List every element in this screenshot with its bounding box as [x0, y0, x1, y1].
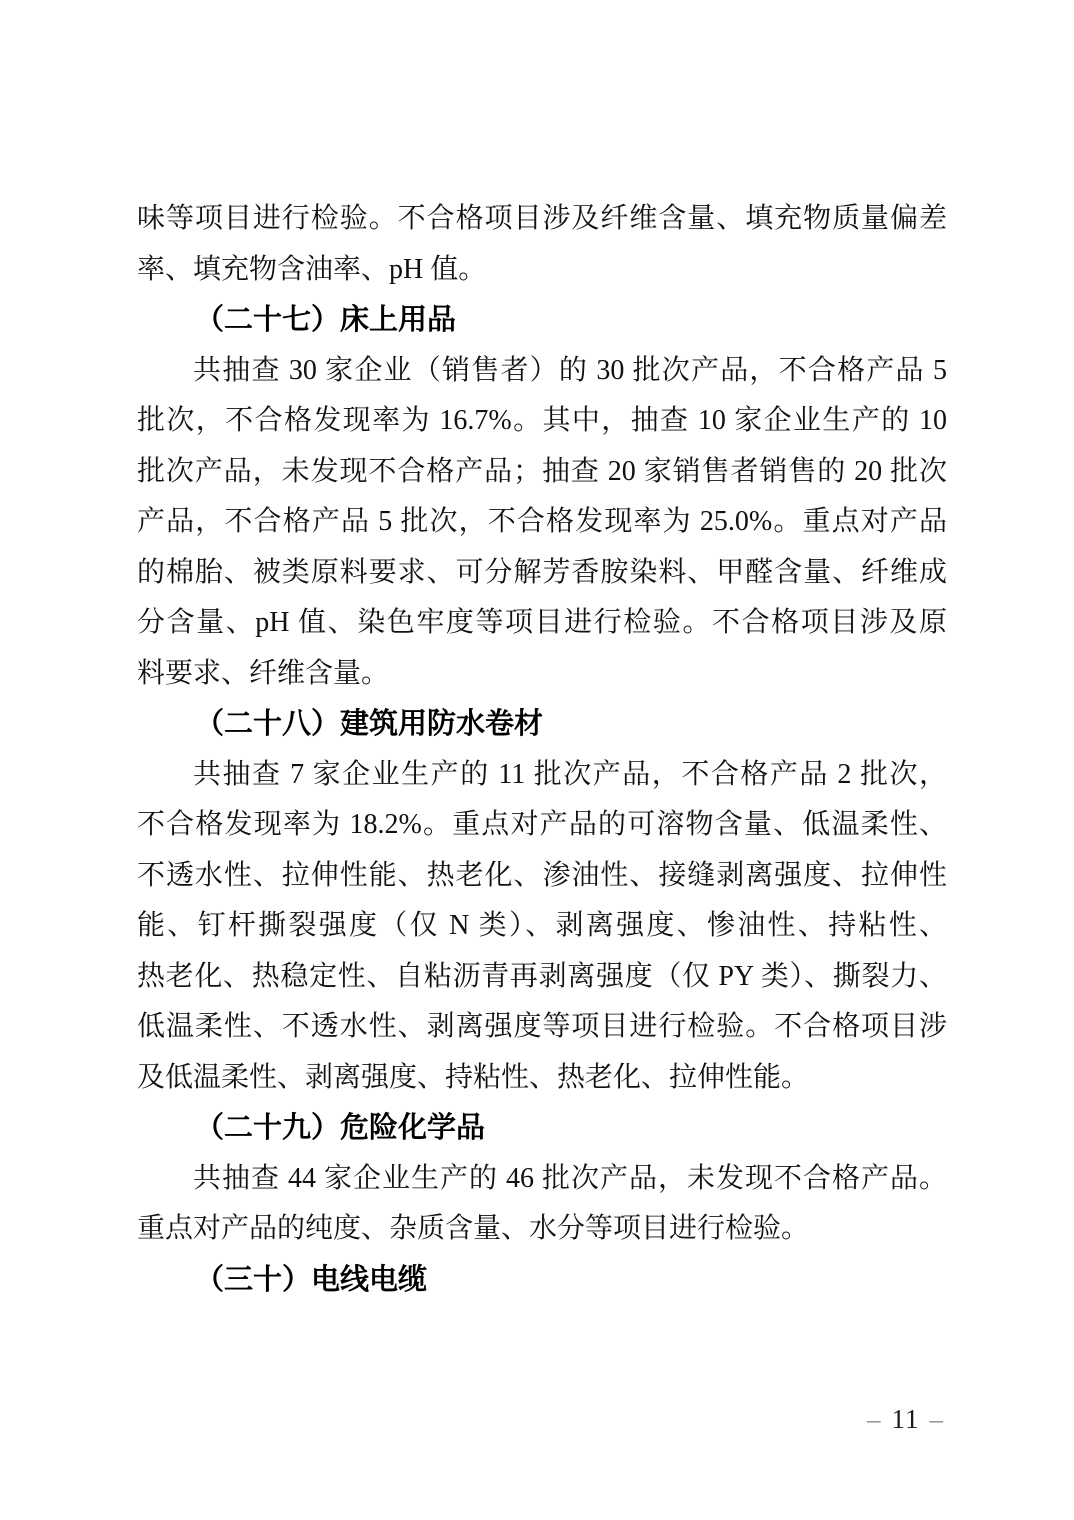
text-line: 重点对产品的纯度、杂质含量、水分等项目进行检验。 — [137, 1204, 947, 1255]
section-heading: （二十七）床上用品 — [137, 295, 947, 346]
section-heading: （三十）电线电缆 — [137, 1255, 947, 1306]
text-line: 的棉胎、被类原料要求、可分解芳香胺染料、甲醛含量、纤维成 — [137, 548, 947, 599]
text-line: 产品，不合格产品 5 批次，不合格发现率为 25.0%。重点对产品 — [137, 497, 947, 548]
text-line: 分含量、pH 值、染色牢度等项目进行检验。不合格项目涉及原 — [137, 598, 947, 649]
document-lines: 味等项目进行检验。不合格项目涉及纤维含量、填充物质量偏差率、填充物含油率、pH … — [137, 194, 947, 1305]
text-line: 共抽查 7 家企业生产的 11 批次产品，不合格产品 2 批次， — [137, 750, 947, 801]
text-line: 及低温柔性、剥离强度、持粘性、热老化、拉伸性能。 — [137, 1053, 947, 1104]
page-footer: –11– — [867, 1404, 944, 1435]
text-line: 共抽查 44 家企业生产的 46 批次产品，未发现不合格产品。 — [137, 1154, 947, 1205]
document-page: 味等项目进行检验。不合格项目涉及纤维含量、填充物质量偏差率、填充物含油率、pH … — [0, 0, 1074, 1520]
section-heading: （二十九）危险化学品 — [137, 1103, 947, 1154]
footer-left-dash: – — [867, 1404, 882, 1434]
text-line: 热老化、热稳定性、自粘沥青再剥离强度（仅 PY 类）、撕裂力、 — [137, 952, 947, 1003]
text-line: 不透水性、拉伸性能、热老化、渗油性、接缝剥离强度、拉伸性 — [137, 851, 947, 902]
text-line: 共抽查 30 家企业（销售者）的 30 批次产品，不合格产品 5 — [137, 346, 947, 397]
text-line: 率、填充物含油率、pH 值。 — [137, 245, 947, 296]
text-line: 批次产品，未发现不合格产品；抽查 20 家销售者销售的 20 批次 — [137, 447, 947, 498]
footer-right-dash: – — [930, 1404, 945, 1434]
text-line: 批次，不合格发现率为 16.7%。其中，抽查 10 家企业生产的 10 — [137, 396, 947, 447]
section-heading: （二十八）建筑用防水卷材 — [137, 699, 947, 750]
text-line: 料要求、纤维含量。 — [137, 649, 947, 700]
text-line: 能、钉杆撕裂强度（仅 N 类）、剥离强度、惨油性、持粘性、 — [137, 901, 947, 952]
text-line: 味等项目进行检验。不合格项目涉及纤维含量、填充物质量偏差 — [137, 194, 947, 245]
page-number: 11 — [892, 1404, 920, 1434]
text-line: 不合格发现率为 18.2%。重点对产品的可溶物含量、低温柔性、 — [137, 800, 947, 851]
text-line: 低温柔性、不透水性、剥离强度等项目进行检验。不合格项目涉 — [137, 1002, 947, 1053]
